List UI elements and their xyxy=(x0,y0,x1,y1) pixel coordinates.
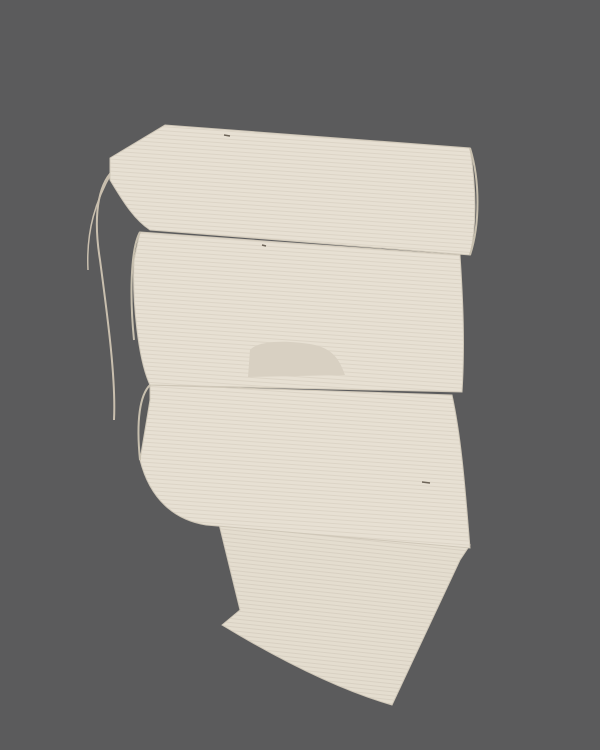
bandage-illustration xyxy=(0,0,600,750)
bandage-band-3 xyxy=(140,385,470,548)
string-tie xyxy=(97,168,116,420)
photo-canvas xyxy=(0,0,600,750)
bandage-tail xyxy=(218,520,470,705)
